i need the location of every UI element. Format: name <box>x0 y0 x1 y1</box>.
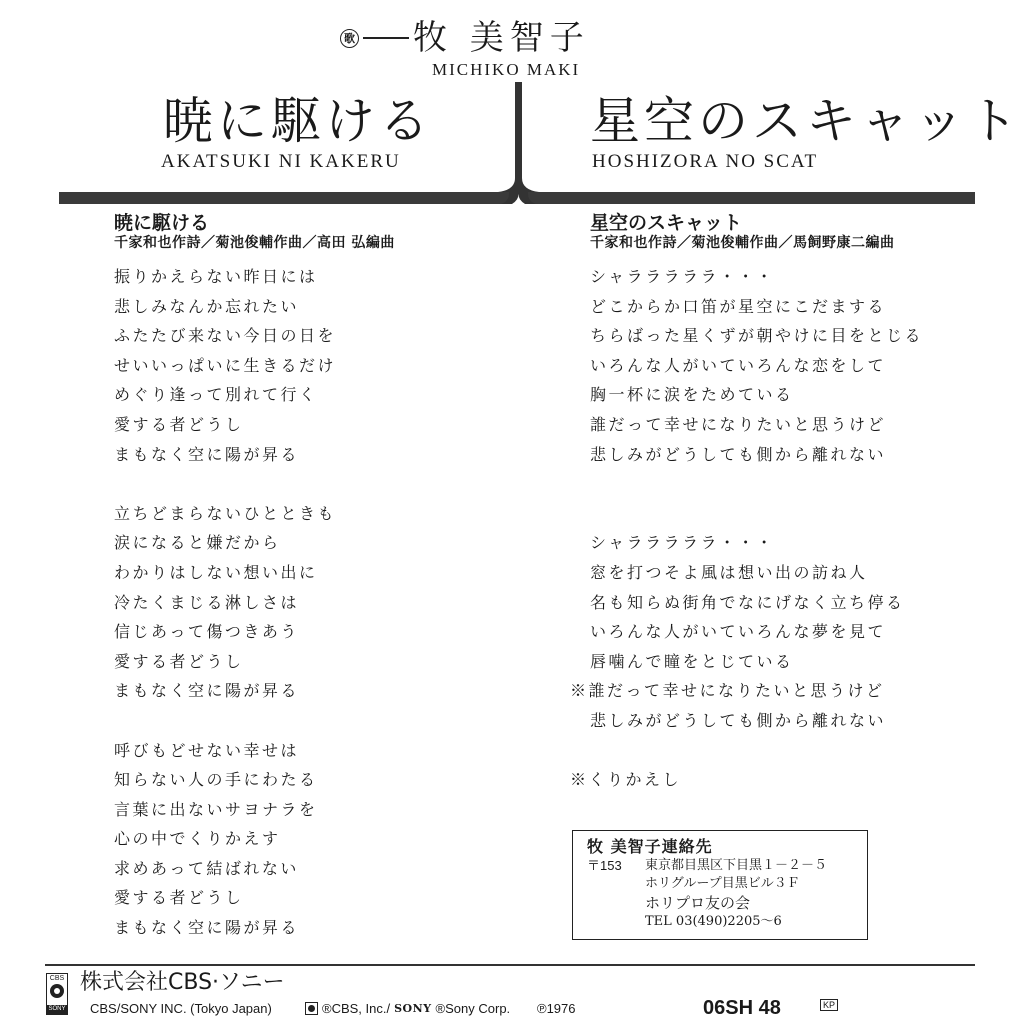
side-a-title-jp: 暁に駆ける <box>163 92 433 150</box>
lyric-line: 振りかえらない昨日には <box>114 262 395 292</box>
artist-name-jp: 牧 美智子 <box>413 18 590 58</box>
artist-header: 歌 牧 美智子 <box>340 18 590 58</box>
side-b-stanzas: シャラララララ・・・ どこからか口笛が星空にこだまする ちらばった星くずが朝やけ… <box>590 262 923 795</box>
lyric-line: 言葉に出ないサヨナラを <box>114 795 395 825</box>
side-b-lyrics: 星空のスキャット 千家和也作詩／菊池俊輔作曲／馬飼野康二編曲 シャラララララ・・… <box>590 212 923 795</box>
lyric-line: めぐり逢って別れて行く <box>114 380 395 410</box>
divider-vertical <box>515 82 522 182</box>
side-b-credits: 千家和也作詩／菊池俊輔作曲／馬飼野康二編曲 <box>590 234 923 252</box>
lyric-line: 悲しみがどうしても側から離れない <box>590 440 923 470</box>
lyric-line: ちらばった星くずが朝やけに目をとじる <box>590 321 923 351</box>
stanza-gap <box>590 469 923 499</box>
lyric-line: 信じあって傷つきあう <box>114 617 395 647</box>
cbs-mini-logo-icon <box>305 1002 318 1015</box>
lyric-line: 唇噛んで瞳をとじている <box>590 647 923 677</box>
company-name-jp: 株式会社CBS·ソニー <box>80 970 285 996</box>
logo-cbs-text: CBS <box>47 974 67 983</box>
lyric-line: シャラララララ・・・ <box>590 528 923 558</box>
stanza-gap <box>114 469 395 499</box>
lyric-line: 悲しみがどうしても側から離れない <box>590 706 923 736</box>
side-a-song-title: 暁に駆ける <box>114 212 395 234</box>
lyric-line-repeat: ※誰だって幸せになりたいと思うけど <box>570 676 923 706</box>
lyric-line: まもなく空に陽が昇る <box>114 440 395 470</box>
lyric-line: 知らない人の手にわたる <box>114 765 395 795</box>
lyric-line: 冷たくまじる淋しさは <box>114 588 395 618</box>
divider-band-left <box>59 192 509 204</box>
cbs-sony-logo-icon: CBS SONY <box>46 973 68 1015</box>
lyric-line: 悲しみなんか忘れたい <box>114 292 395 322</box>
lyric-line: 愛する者どうし <box>114 647 395 677</box>
contact-address: 〒153 東京都目黒区下目黒１－２－５ ホリグループ目黒ビル３Ｆ ホリプロ友の会… <box>587 857 867 931</box>
lyric-line: 胸一杯に涙をためている <box>590 380 923 410</box>
lyric-line: いろんな人がいていろんな夢を見て <box>590 617 923 647</box>
lyric-line: わかりはしない想い出に <box>114 558 395 588</box>
side-b-title-jp: 星空のスキャット <box>590 92 1022 150</box>
cbs-eye-icon <box>50 984 64 998</box>
side-a-title-en: AKATSUKI NI KAKERU <box>161 151 401 173</box>
lyric-line: 名も知らぬ街角でなにげなく立ち停る <box>590 588 923 618</box>
divider-band-right <box>528 192 975 204</box>
contact-title: 牧 美智子連絡先 <box>587 837 867 857</box>
lyric-line: 誰だって幸せになりたいと思うけど <box>590 410 923 440</box>
artist-dash <box>363 37 409 39</box>
kp-mark-icon: KP <box>820 999 838 1011</box>
lyric-line: シャラララララ・・・ <box>590 262 923 292</box>
lyric-line: どこからか口笛が星空にこだまする <box>590 292 923 322</box>
lyric-line: まもなく空に陽が昇る <box>114 676 395 706</box>
stanza-gap <box>590 499 923 529</box>
side-a-stanzas: 振りかえらない昨日には 悲しみなんか忘れたい ふたたび来ない今日の日を せいいっ… <box>114 262 395 943</box>
lyric-line: 愛する者どうし <box>114 883 395 913</box>
company-name-en: CBS/SONY INC. (Tokyo Japan) <box>90 1001 272 1016</box>
artist-name-en: MICHIKO MAKI <box>432 60 580 80</box>
trademark-notice: ®CBS, Inc./ SONY ®Sony Corp. <box>305 1001 510 1016</box>
sony-wordmark: SONY <box>394 1002 431 1015</box>
side-a-lyrics: 暁に駆ける 千家和也作詩／菊池俊輔作曲／高田 弘編曲 振りかえらない昨日には 悲… <box>114 212 395 943</box>
phone-number: TEL 03(490)2205～6 <box>645 913 827 931</box>
postal-code: 〒153 <box>587 857 645 931</box>
lyric-line: まもなく空に陽が昇る <box>114 913 395 943</box>
footer-rule <box>45 964 975 966</box>
contact-lines: 東京都目黒区下目黒１－２－５ ホリグループ目黒ビル３Ｆ ホリプロ友の会 TEL … <box>645 857 827 931</box>
address-line-2: ホリグループ目黒ビル３Ｆ <box>645 875 827 893</box>
lyric-line: 涙になると嫌だから <box>114 528 395 558</box>
singer-badge-icon: 歌 <box>340 29 359 48</box>
fan-club-contact-box: 牧 美智子連絡先 〒153 東京都目黒区下目黒１－２－５ ホリグループ目黒ビル３… <box>572 830 868 940</box>
fan-club-name: ホリプロ友の会 <box>645 893 827 913</box>
lyric-line: 窓を打つそよ風は想い出の訪ね人 <box>590 558 923 588</box>
catalog-number: 06SH 48 <box>703 997 781 1020</box>
lyric-line: 呼びもどせない幸せは <box>114 736 395 766</box>
lyric-line: 心の中でくりかえす <box>114 824 395 854</box>
lyric-line: ふたたび来ない今日の日を <box>114 321 395 351</box>
stanza-gap <box>590 736 923 766</box>
side-b-song-title: 星空のスキャット <box>590 212 923 234</box>
logo-sony-text: SONY <box>47 1005 67 1014</box>
repeat-note: ※くりかえし <box>570 765 923 795</box>
lyric-line: せいいっぱいに生きるだけ <box>114 351 395 381</box>
sony-trademark: ®Sony Corp. <box>436 1001 511 1016</box>
side-b-title-en: HOSHIZORA NO SCAT <box>592 151 818 173</box>
side-a-credits: 千家和也作詩／菊池俊輔作曲／高田 弘編曲 <box>114 234 395 252</box>
stanza-gap <box>114 706 395 736</box>
lyric-line: いろんな人がいていろんな恋をして <box>590 351 923 381</box>
lyric-line: 立ちどまらないひとときも <box>114 499 395 529</box>
lyric-line: 求めあって結ばれない <box>114 854 395 884</box>
phonogram-year: ℗1976 <box>537 1001 576 1016</box>
cbs-trademark: ®CBS, Inc./ <box>322 1001 390 1016</box>
address-line-1: 東京都目黒区下目黒１－２－５ <box>645 857 827 875</box>
lyric-line: 愛する者どうし <box>114 410 395 440</box>
